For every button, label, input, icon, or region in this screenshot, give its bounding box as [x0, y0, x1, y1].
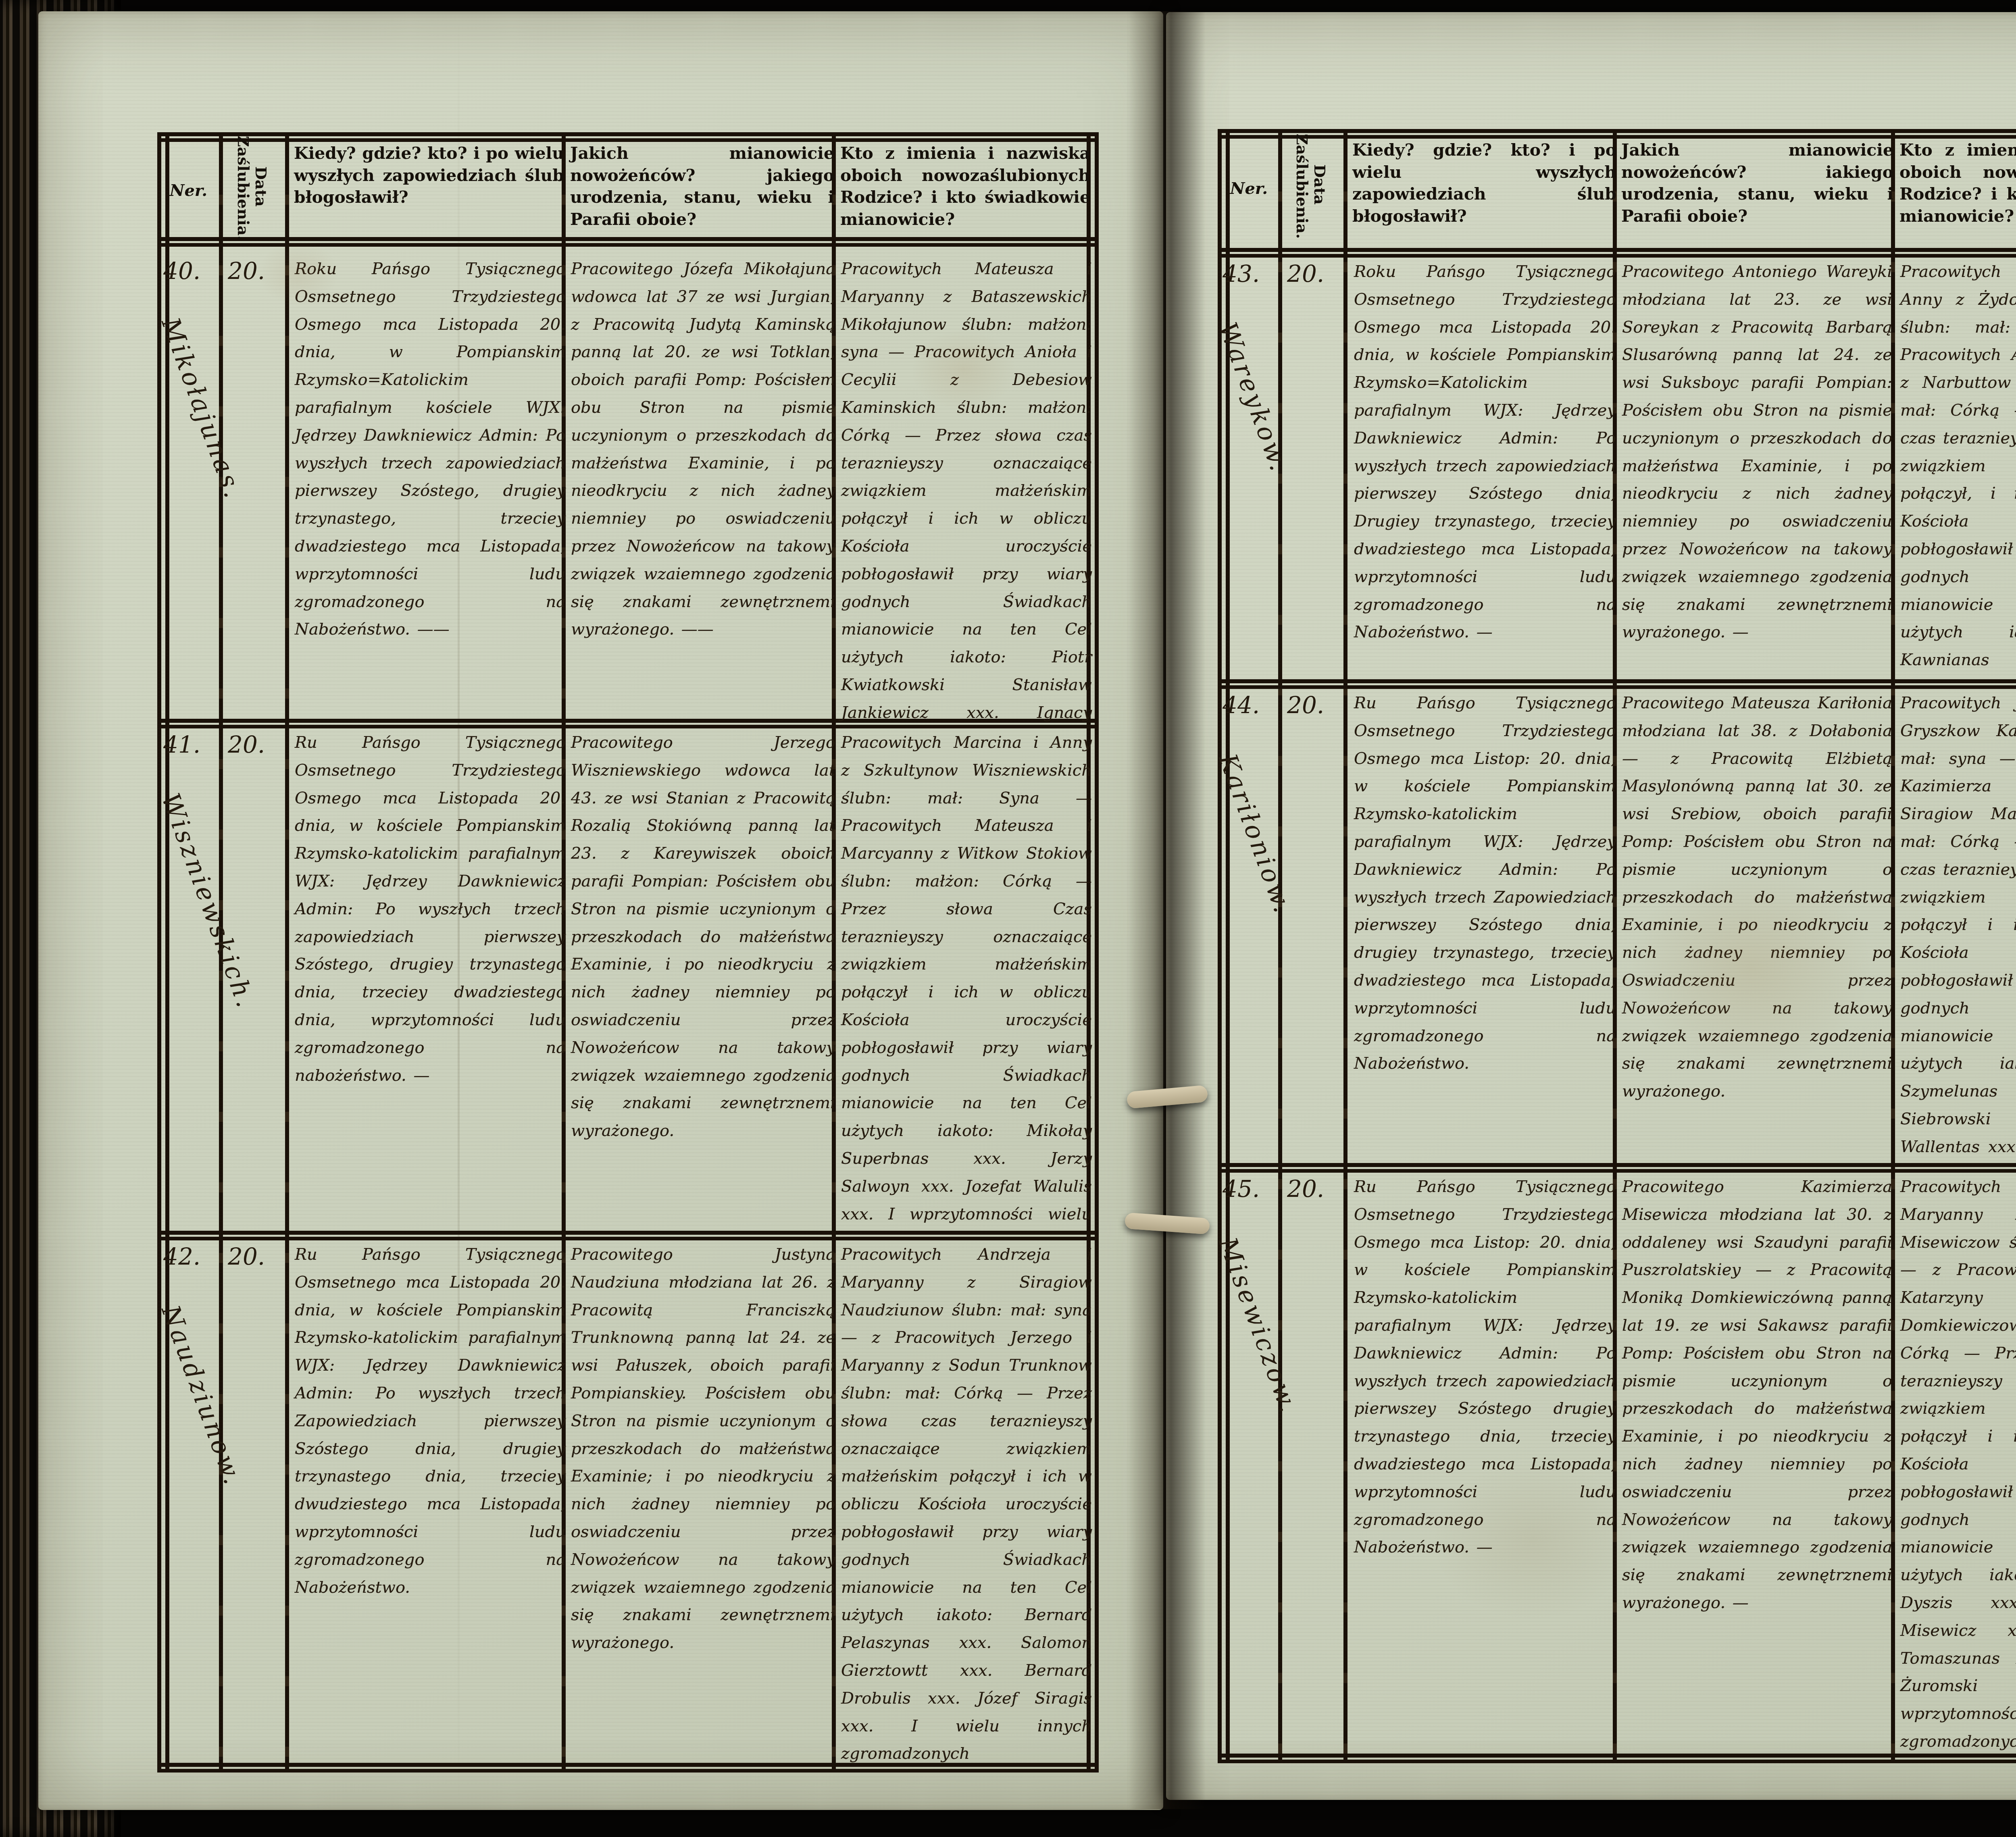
entry-parents-witnesses: Pracowitych Marcina i Anny z Szkultynow …	[835, 725, 1098, 1235]
header-date-label: Data Zaślubienia.	[234, 136, 269, 237]
entry-when-where: Ru Pańsgo Tysiącznego Osmsetnego Trzydzi…	[288, 725, 572, 1235]
entry-number: 42.	[163, 1243, 200, 1270]
entry-family-name: Naudziunow.	[156, 1301, 248, 1490]
header-parents-witnesses: Kto z imienia i nazwiska oboich nowozaśl…	[1894, 135, 2016, 244]
entry-newlyweds: Pracowitego Kazimierza Misewicza młodzia…	[1616, 1169, 1899, 1756]
entry-number: 43.	[1223, 260, 1260, 287]
entry-when-where: Ru Pańsgo Tysiącznego Osmsetnego Trzydzi…	[1347, 685, 1622, 1165]
entry-family-name: Mikołajunas.	[156, 314, 249, 503]
header-parents-witnesses: Kto z imienia i nazwiska oboich nowozaśl…	[835, 138, 1096, 243]
entry-newlyweds: Pracowitego Józefa Mikołajuna wdowca lat…	[564, 251, 842, 723]
entry-number: 44.	[1223, 691, 1260, 719]
entry-date: 20.	[228, 257, 265, 285]
entry-newlyweds: Pracowitego Mateusza Kariłonia młodziana…	[1616, 685, 1899, 1165]
entry-when-where: Roku Pańsgo Tysiącznego Osmsetnego Trzyd…	[288, 251, 572, 723]
column-rule	[1278, 131, 1282, 1760]
table-left-border	[157, 134, 169, 1771]
header-date-label: Data Zaślubienia.	[1293, 134, 1328, 235]
left-page: Ner. Data Zaślubienia. Kiedy? gdzie? kto…	[38, 11, 1163, 1810]
entry-number: 45.	[1223, 1175, 1260, 1202]
entry-newlyweds: Pracowitego Justyna Naudziuna młodziana …	[564, 1237, 842, 1765]
entry-family-name: Wiszniewskich.	[156, 789, 261, 1013]
header-date: Data Zaślubienia.	[1278, 133, 1343, 236]
entry-parents-witnesses: Pracowitych Wawrzynca i Anny z Żydonow W…	[1894, 254, 2016, 681]
header-ner: Ner.	[1220, 141, 1278, 236]
entry-parents-witnesses: Pracowitych Andrzeja i Maryanny z Siragi…	[835, 1237, 1098, 1765]
entry-newlyweds: Pracowitego Jerzego Wiszniewskiego wdowc…	[564, 725, 842, 1235]
entry-when-where: Roku Pańsgo Tysiącznego Osmsetnego Trzyd…	[1347, 254, 1622, 681]
entry-number: 40.	[163, 257, 200, 285]
right-page: Ner. Data Zaślubienia. Kiedy? gdzie? kto…	[1166, 12, 2016, 1800]
entry-number: 41.	[163, 731, 200, 758]
entry-date: 20.	[1287, 1175, 1324, 1202]
entry-when-where: Ru Pańsgo Tysiącznego Osmsetnego Trzydzi…	[1347, 1169, 1622, 1756]
registry-book-scan: Ner. Data Zaślubienia. Kiedy? gdzie? kto…	[0, 0, 2016, 1837]
header-date: Data Zaślubienia.	[219, 136, 285, 237]
entry-date: 20.	[228, 1243, 265, 1270]
header-ner: Ner.	[159, 144, 218, 237]
header-newlyweds: Jakich mianowicie nowożeńców? iakiego ur…	[1616, 135, 1899, 244]
entry-date: 20.	[1287, 260, 1324, 287]
header-newlyweds: Jakich mianowicie nowożeńców? jakiego ur…	[564, 138, 840, 243]
column-rule	[1343, 131, 1347, 1760]
header-when: Kiedy? gdzie? kto? i po wielu wyszłych z…	[288, 138, 570, 243]
entry-newlyweds: Pracowitego Antoniego Wareyki młodziana …	[1616, 254, 1899, 681]
entry-parents-witnesses: Pracowitych Mateusza i Maryanny z Batasz…	[835, 251, 1098, 723]
entry-parents-witnesses: Pracowitych Jana i Anny z Gryszkow Karił…	[1894, 685, 2016, 1165]
entry-parents-witnesses: Pracowitych Wawrzynca i Maryanny z Krzew…	[1894, 1169, 2016, 1756]
entry-date: 20.	[1287, 691, 1324, 719]
entry-when-where: Ru Pańsgo Tysiącznego Osmsetnego mca Lis…	[288, 1237, 572, 1765]
header-when: Kiedy? gdzie? kto? i po wielu wyszłych z…	[1347, 135, 1622, 244]
entry-date: 20.	[228, 731, 265, 758]
table-left-border	[1218, 131, 1230, 1760]
